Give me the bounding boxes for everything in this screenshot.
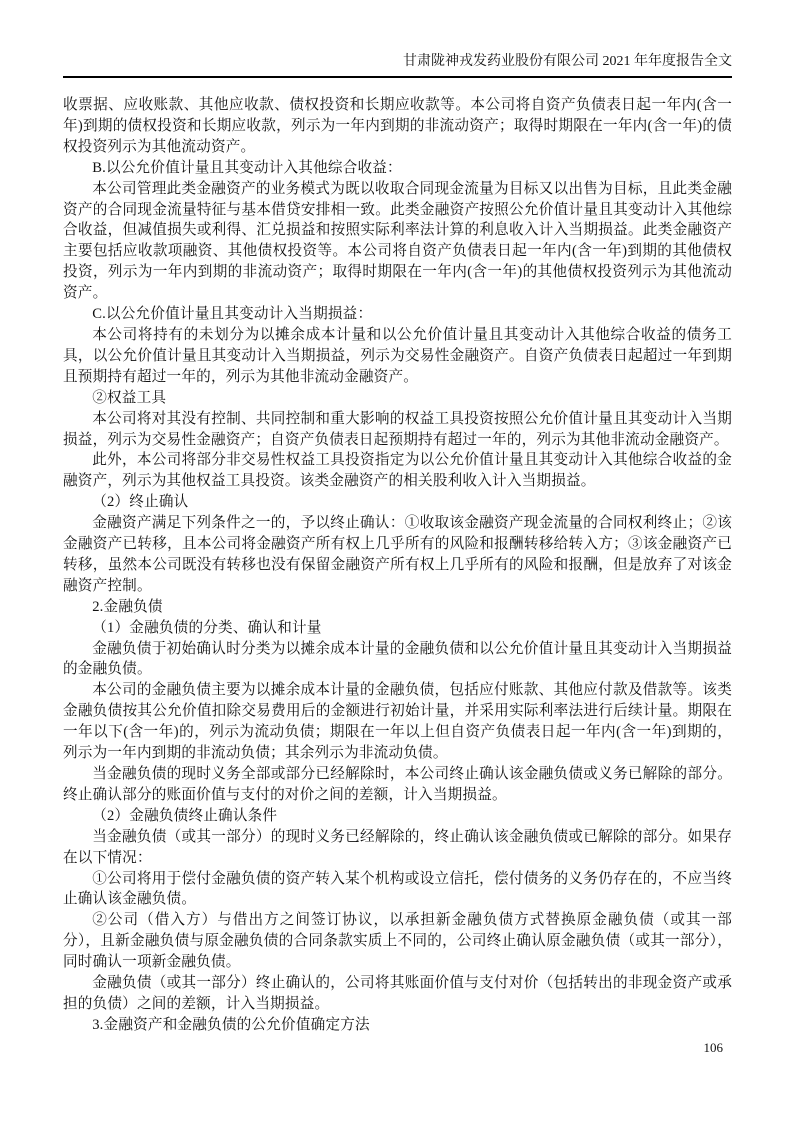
paragraph: ②权益工具 — [63, 388, 732, 409]
paragraph: 金融负债（或其一部分）终止确认的，公司将其账面价值与支付对价（包括转出的非现金资… — [63, 973, 732, 1015]
paragraph: 此外，本公司将部分非交易性权益工具投资指定为以公允价值计量且其变动计入其他综合收… — [63, 450, 732, 492]
paragraph: 3.金融资产和金融负债的公允价值确定方法 — [63, 1015, 732, 1036]
paragraph: 当金融负债（或其一部分）的现时义务已经解除的，终止确认该金融负债或已解除的部分。… — [63, 827, 732, 869]
page-number: 106 — [704, 1040, 724, 1055]
paragraph: 2.金融负债 — [63, 597, 732, 618]
document-body: 收票据、应收账款、其他应收款、债权投资和长期应收款等。本公司将自资产负债表日起一… — [0, 78, 793, 1036]
paragraph: ①公司将用于偿付金融负债的资产转入某个机构或设立信托，偿付债务的义务仍存在的，不… — [63, 869, 732, 911]
paragraph: 当金融负债的现时义务全部或部分已经解除时，本公司终止确认该金融负债或义务已解除的… — [63, 764, 732, 806]
paragraph: 金融负债于初始确认时分类为以摊余成本计量的金融负债和以公允价值计量且其变动计入当… — [63, 639, 732, 681]
paragraph: 本公司的金融负债主要为以摊余成本计量的金融负债，包括应付账款、其他应付款及借款等… — [63, 680, 732, 764]
paragraph: 金融资产满足下列条件之一的，予以终止确认：①收取该金融资产现金流量的合同权利终止… — [63, 513, 732, 597]
page-header: 甘肃陇神戎发药业股份有限公司 2021 年年度报告全文 — [0, 0, 793, 71]
paragraph: B.以公允价值计量且其变动计入其他综合收益： — [63, 158, 732, 179]
paragraph: 收票据、应收账款、其他应收款、债权投资和长期应收款等。本公司将自资产负债表日起一… — [63, 95, 732, 158]
paragraph: C.以公允价值计量且其变动计入当期损益： — [63, 304, 732, 325]
report-page: 甘肃陇神戎发药业股份有限公司 2021 年年度报告全文 收票据、应收账款、其他应… — [0, 0, 793, 1122]
paragraph: （2）终止确认 — [63, 492, 732, 513]
page-footer: 106 — [704, 1040, 724, 1056]
paragraph: 本公司将持有的未划分为以摊余成本计量和以公允价值计量且其变动计入其他综合收益的债… — [63, 325, 732, 388]
paragraph: （2）金融负债终止确认条件 — [63, 806, 732, 827]
paragraph: ②公司（借入方）与借出方之间签订协议，以承担新金融负债方式替换原金融负债（或其一… — [63, 910, 732, 973]
header-title: 甘肃陇神戎发药业股份有限公司 2021 年年度报告全文 — [403, 54, 732, 69]
paragraph: （1）金融负债的分类、确认和计量 — [63, 618, 732, 639]
paragraph: 本公司管理此类金融资产的业务模式为既以收取合同现金流量为目标又以出售为目标，且此… — [63, 179, 732, 304]
paragraph: 本公司将对其没有控制、共同控制和重大影响的权益工具投资按照公允价值计量且其变动计… — [63, 409, 732, 451]
